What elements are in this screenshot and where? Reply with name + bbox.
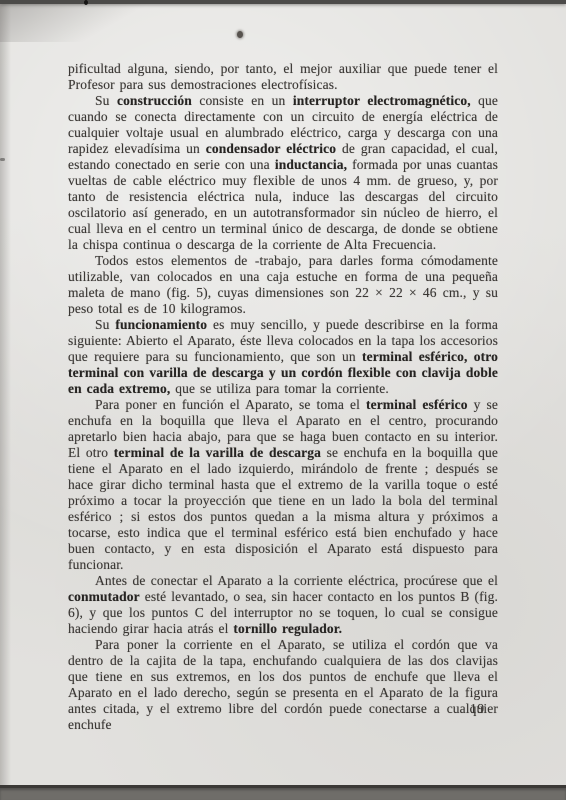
text-run: que se utiliza para tomar la corriente. bbox=[170, 381, 389, 396]
text-run: Para poner la corriente en el Aparato, s… bbox=[68, 637, 498, 732]
bold-text-run: terminal esférico bbox=[366, 397, 468, 412]
text-run: consiste en un bbox=[192, 93, 293, 108]
text-run: Para poner en función el Aparato, se tom… bbox=[95, 397, 366, 412]
paragraph: Su construcción consiste en un interrupt… bbox=[68, 93, 498, 253]
bold-text-run: terminal esférico, bbox=[362, 349, 467, 364]
page-number: 19 bbox=[470, 701, 485, 717]
paragraph: Para poner en función el Aparato, se tom… bbox=[68, 397, 498, 573]
bold-text-run: condensador eléctrico bbox=[206, 141, 336, 156]
scanned-book-page: pificultad alguna, siendo, por tanto, el… bbox=[0, 0, 566, 800]
ink-dot bbox=[237, 31, 243, 38]
bold-text-run: construcción bbox=[117, 93, 192, 108]
bold-text-run: funcionamiento bbox=[115, 317, 207, 332]
scan-shadow-left bbox=[0, 0, 11, 800]
ink-speck-top bbox=[84, 0, 88, 5]
bold-text-run: terminal de la varilla de descarga bbox=[114, 445, 321, 460]
bold-text-run: conmutador bbox=[68, 589, 140, 604]
ink-mark-left-margin bbox=[0, 158, 5, 161]
text-run: pificultad alguna, siendo, por tanto, el… bbox=[68, 61, 498, 92]
bold-text-run: tornillo regulador. bbox=[233, 621, 342, 636]
paragraph: Antes de conectar el Aparato a la corrie… bbox=[68, 573, 498, 637]
paragraph: Para poner la corriente en el Aparato, s… bbox=[68, 637, 498, 733]
text-run: Su bbox=[95, 317, 115, 332]
scan-edge-bottom bbox=[0, 785, 566, 800]
text-run: se enchufa en la boquilla que tiene el A… bbox=[68, 445, 498, 572]
paragraph: pificultad alguna, siendo, por tanto, el… bbox=[68, 61, 498, 93]
paragraph: Todos estos elementos de -trabajo, para … bbox=[68, 253, 498, 317]
bold-text-run: interruptor electromagnético, bbox=[293, 93, 471, 108]
text-run: Su bbox=[95, 93, 117, 108]
page-text: pificultad alguna, siendo, por tanto, el… bbox=[68, 61, 498, 733]
text-run: Todos estos elementos de -trabajo, para … bbox=[68, 253, 498, 316]
paragraph: Su funcionamiento es muy sencillo, y pue… bbox=[68, 317, 498, 397]
text-run: Antes de conectar el Aparato a la corrie… bbox=[95, 573, 498, 588]
bold-text-run: inductancia, bbox=[275, 157, 347, 172]
scan-shadow-top-left-corner bbox=[0, 0, 180, 42]
